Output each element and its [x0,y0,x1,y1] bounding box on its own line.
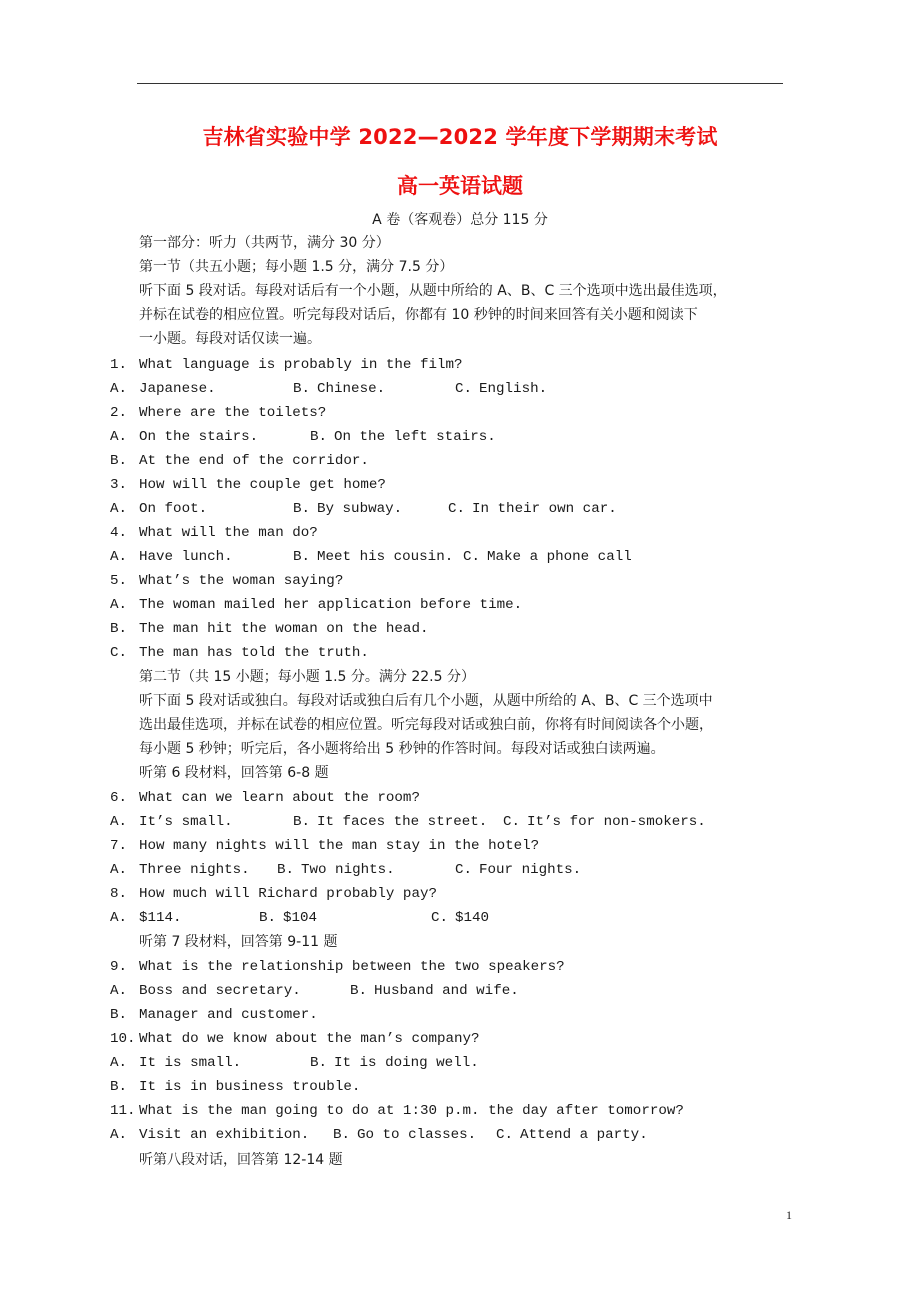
question-text: How much will Richard probably pay? [139,884,437,904]
question-number: 8. [110,884,127,904]
option-label: C. [448,499,465,519]
option-text: It is doing well. [334,1053,479,1073]
option-text: The man has told the truth. [139,643,369,663]
question-text: How will the couple get home? [139,475,386,495]
option-text: Four nights. [479,860,581,880]
question-number: 10. [110,1029,136,1049]
section1-instruction-1: 听下面 5 段对话。每段对话后有一个小题，从题中所给的 A、B、C 三个选项中选… [139,281,727,301]
option-label: A. [110,547,127,567]
option-text: Make a phone call [487,547,632,567]
option-label: C. [503,812,520,832]
paper-info: A 卷（客观卷）总分 115 分 [0,209,920,229]
section2-instruction-2: 选出最佳选项，并标在试卷的相应位置。听完每段对话或独白前，你将有时间阅读各个小题… [139,715,713,735]
option-text: The man hit the woman on the head. [139,619,428,639]
option-label: B. [110,1077,127,1097]
section2-instruction-1: 听下面 5 段对话或独白。每段对话或独白后有几个小题，从题中所给的 A、B、C … [139,691,713,711]
option-text: It’s small. [139,812,233,832]
option-label: A. [110,427,127,447]
option-label: B. [110,619,127,639]
option-text: Three nights. [139,860,250,880]
question-text: What can we learn about the room? [139,788,420,808]
question-number: 2. [110,403,127,423]
question-number: 5. [110,571,127,591]
section1-instruction-2: 并标在试卷的相应位置。听完每段对话后，你都有 10 秒钟的时间来回答有关小题和阅… [139,305,698,325]
section1-heading: 第一节（共五小题；每小题 1.5 分，满分 7.5 分） [139,257,453,277]
option-label: C. [431,908,448,928]
question-number: 4. [110,523,127,543]
option-label: B. [110,1005,127,1025]
section1-instruction-3: 一小题。每段对话仅读一遍。 [139,329,321,349]
question-text: What do we know about the man’s company? [139,1029,480,1049]
option-label: B. [110,451,127,471]
option-text: Have lunch. [139,547,233,567]
option-text: Attend a party. [520,1125,648,1145]
option-text: In their own car. [472,499,617,519]
question-text: What’s the woman saying? [139,571,343,591]
option-label: B. [259,908,276,928]
option-text: $114. [139,908,182,928]
option-label: B. [310,427,327,447]
option-label: A. [110,499,127,519]
question-text: What is the relationship between the two… [139,957,565,977]
part1-heading: 第一部分：听力（共两节，满分 30 分） [139,233,390,253]
section2-instruction-3: 每小题 5 秒钟；听完后，各小题将给出 5 秒钟的作答时间。每段对话或独白读两遍… [139,739,665,759]
option-text: Meet his cousin. [317,547,453,567]
exam-title: 吉林省实验中学 2022—2022 学年度下学期期末考试 [0,121,920,151]
option-text: Chinese. [317,379,385,399]
option-label: B. [277,860,294,880]
option-label: A. [110,595,127,615]
question-text: What is the man going to do at 1:30 p.m.… [139,1101,684,1121]
option-text: It’s for non-smokers. [527,812,706,832]
option-text: Two nights. [301,860,395,880]
option-label: B. [293,499,310,519]
question-number: 3. [110,475,127,495]
question-number: 9. [110,957,127,977]
option-label: B. [293,547,310,567]
option-label: B. [310,1053,327,1073]
option-label: B. [350,981,367,1001]
material-label-7: 听第 7 段材料，回答第 9-11 题 [139,932,337,952]
material-label-8: 听第八段对话，回答第 12-14 题 [139,1150,343,1170]
option-text: By subway. [317,499,402,519]
option-text: Husband and wife. [374,981,519,1001]
option-text: At the end of the corridor. [139,451,369,471]
exam-subtitle: 高一英语试题 [0,170,920,200]
option-label: B. [293,812,310,832]
option-text: Manager and customer. [139,1005,318,1025]
option-text: Go to classes. [357,1125,476,1145]
option-label: A. [110,860,127,880]
option-text: English. [479,379,547,399]
option-label: A. [110,981,127,1001]
question-text: Where are the toilets? [139,403,326,423]
option-label: B. [293,379,310,399]
option-label: A. [110,908,127,928]
option-text: On the stairs. [139,427,258,447]
option-label: A. [110,1125,127,1145]
option-label: A. [110,1053,127,1073]
option-label: C. [463,547,480,567]
option-text: Visit an exhibition. [139,1125,309,1145]
question-number: 1. [110,355,127,375]
header-rule [137,83,783,84]
option-label: C. [455,860,472,880]
option-label: C. [110,643,127,663]
option-text: The woman mailed her application before … [139,595,522,615]
question-text: What language is probably in the film? [139,355,463,375]
section2-heading: 第二节（共 15 小题；每小题 1.5 分。满分 22.5 分） [139,667,475,687]
option-label: A. [110,379,127,399]
option-text: $140 [455,908,489,928]
option-text: Boss and secretary. [139,981,301,1001]
option-label: B. [333,1125,350,1145]
option-label: C. [496,1125,513,1145]
page-number: 1 [786,1208,792,1223]
option-text: On the left stairs. [334,427,496,447]
material-label-6: 听第 6 段材料，回答第 6-8 题 [139,763,329,783]
question-number: 6. [110,788,127,808]
question-text: What will the man do? [139,523,318,543]
question-number: 11. [110,1101,136,1121]
option-label: C. [455,379,472,399]
option-text: $104 [283,908,317,928]
question-number: 7. [110,836,127,856]
option-text: It is in business trouble. [139,1077,360,1097]
option-text: It is small. [139,1053,241,1073]
option-text: On foot. [139,499,207,519]
option-text: Japanese. [139,379,216,399]
option-text: It faces the street. [317,812,487,832]
question-text: How many nights will the man stay in the… [139,836,539,856]
option-label: A. [110,812,127,832]
